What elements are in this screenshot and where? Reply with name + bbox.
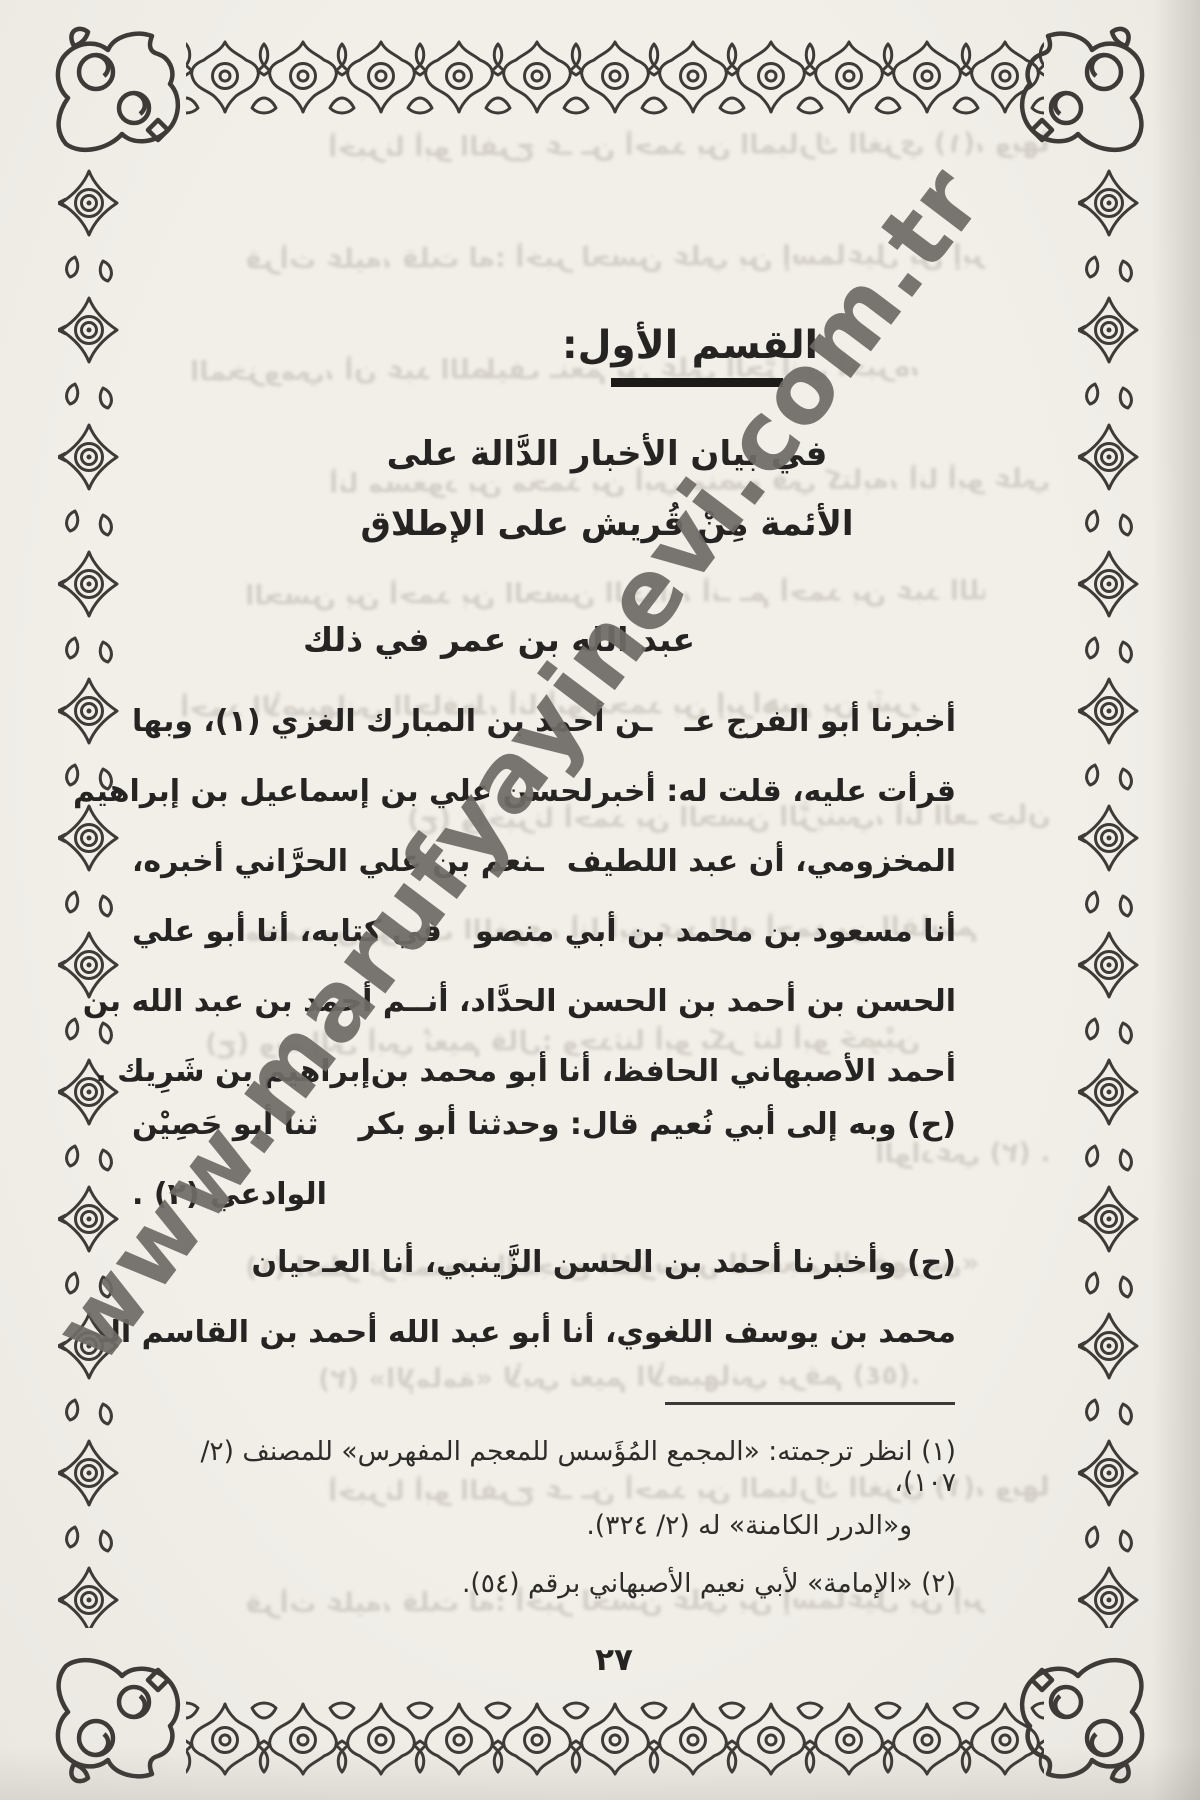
line-fragment: ـنعم بن علي الحرَّاني أخبره، <box>132 844 544 879</box>
footnotes: (١) انظر ترجمته: «المجمع المُؤَسس للمعجم… <box>132 1438 956 1612</box>
line-fragment: في كتابه، أنا أبو علي <box>132 914 442 949</box>
line-fragment: إبراهيم بن شَرِيك . <box>95 1054 370 1089</box>
border-top-row <box>186 38 1044 120</box>
footnote-2: (٢) «الإمامة» لأبي نعيم الأصبهاني برقم (… <box>132 1554 956 1612</box>
body-line: الوادعي (٢) . <box>132 1159 956 1229</box>
corner-ornament-top-left <box>58 29 178 150</box>
line-fragment: الحسن بن أحمد بن الحسن الحدَّاد، أنـ <box>417 984 956 1019</box>
section-subtitle-line1: في بيان الأخبار الدَّالة على <box>132 428 956 480</box>
footnote-1-line-1: (١) انظر ترجمته: «المجمع المُؤَسس للمعجم… <box>132 1438 956 1496</box>
body-line: أخبرنا أبو الفرج عـ ـن أحمد بن المبارك ا… <box>132 686 956 756</box>
title-underline <box>132 378 956 387</box>
section-title: القسم الأول: <box>132 322 956 370</box>
body-line: قرأت عليه، قلت له: أخبر لحسن علي بن إسما… <box>132 756 956 826</box>
chapter-heading: عبد الله بن عمر في ذلك <box>132 616 956 664</box>
paragraph-isnad-3: (ح) وأخبرنا أحمد بن الحسن الزَّينبي، أنا… <box>132 1227 956 1367</box>
line-fragment: أحمد الأصبهاني الحافظ، أنا أبو محمد بن <box>371 1054 956 1089</box>
line-fragment: محمد بن يوسف اللغوي، أنا أبو عبد الله أح… <box>99 1315 956 1350</box>
line-fragment: (ح) وأخبرنا أحمد بن الحسن الزَّينبي، أنا… <box>322 1245 956 1280</box>
line-fragment: حيان <box>252 1245 323 1280</box>
line-fragment: ـن أحمد بن المبارك الغزي (١)، وبها <box>132 704 652 739</box>
body-line: المخزومي، أن عبد اللطيف ـنعم بن علي الحر… <box>132 826 956 896</box>
line-fragment: لحسن علي بن إسماعيل بن إبراهيم <box>73 774 593 809</box>
line-fragment: (ح) وبه إلى أبي نُعيم قال: وحدثنا أبو بك… <box>358 1107 956 1142</box>
line-fragment: الوادعي (٢) . <box>132 1177 327 1212</box>
page-number: ٢٧ <box>132 1642 956 1678</box>
line-fragment: ثنا أبو حَصِيْن <box>132 1107 318 1142</box>
body-line: محمد بن يوسف اللغوي، أنا أبو عبد الله أح… <box>132 1297 956 1367</box>
section-title-text: القسم الأول: <box>562 322 818 370</box>
line-fragment: أنا مسعود بن محمد بن أبي منصو <box>475 914 956 949</box>
line-fragment: قرأت عليه، قلت له: أخبر <box>593 774 956 809</box>
line-fragment: أخبرنا أبو الفرج عـ <box>685 704 956 739</box>
footnote-separator <box>665 1402 955 1405</box>
paragraph-isnad-2: (ح) وبه إلى أبي نُعيم قال: وحدثنا أبو بك… <box>132 1089 956 1229</box>
section-subtitle-line2: الأئمة مِنْ قُريش على الإطلاق <box>132 498 956 550</box>
border-bottom-row <box>186 1696 1044 1778</box>
line-fragment: ـم أحمد بن عبد الله بن <box>83 984 417 1019</box>
body-line: (ح) وأخبرنا أحمد بن الحسن الزَّينبي، أنا… <box>132 1227 956 1297</box>
line-fragment: المخزومي، أن عبد اللطيف <box>567 844 956 879</box>
body-line: أنا مسعود بن محمد بن أبي منصو في كتابه، … <box>132 896 956 966</box>
paragraph-isnad-1: أخبرنا أبو الفرج عـ ـن أحمد بن المبارك ا… <box>132 686 956 1106</box>
body-line: الحسن بن أحمد بن الحسن الحدَّاد، أنـ ـم … <box>132 966 956 1036</box>
footnote-1-line-2: و«الدرر الكامنة» له (٢/ ٣٢٤). <box>132 1496 956 1554</box>
border-left-column <box>58 167 120 1628</box>
border-right-column <box>1078 167 1140 1628</box>
scanned-book-page: أخبرنا أبو الفرج عـ ـن أحمد بن المبارك ا… <box>0 0 1200 1800</box>
body-line: (ح) وبه إلى أبي نُعيم قال: وحدثنا أبو بك… <box>132 1089 956 1159</box>
corner-ornament-bottom-left <box>58 1660 178 1781</box>
